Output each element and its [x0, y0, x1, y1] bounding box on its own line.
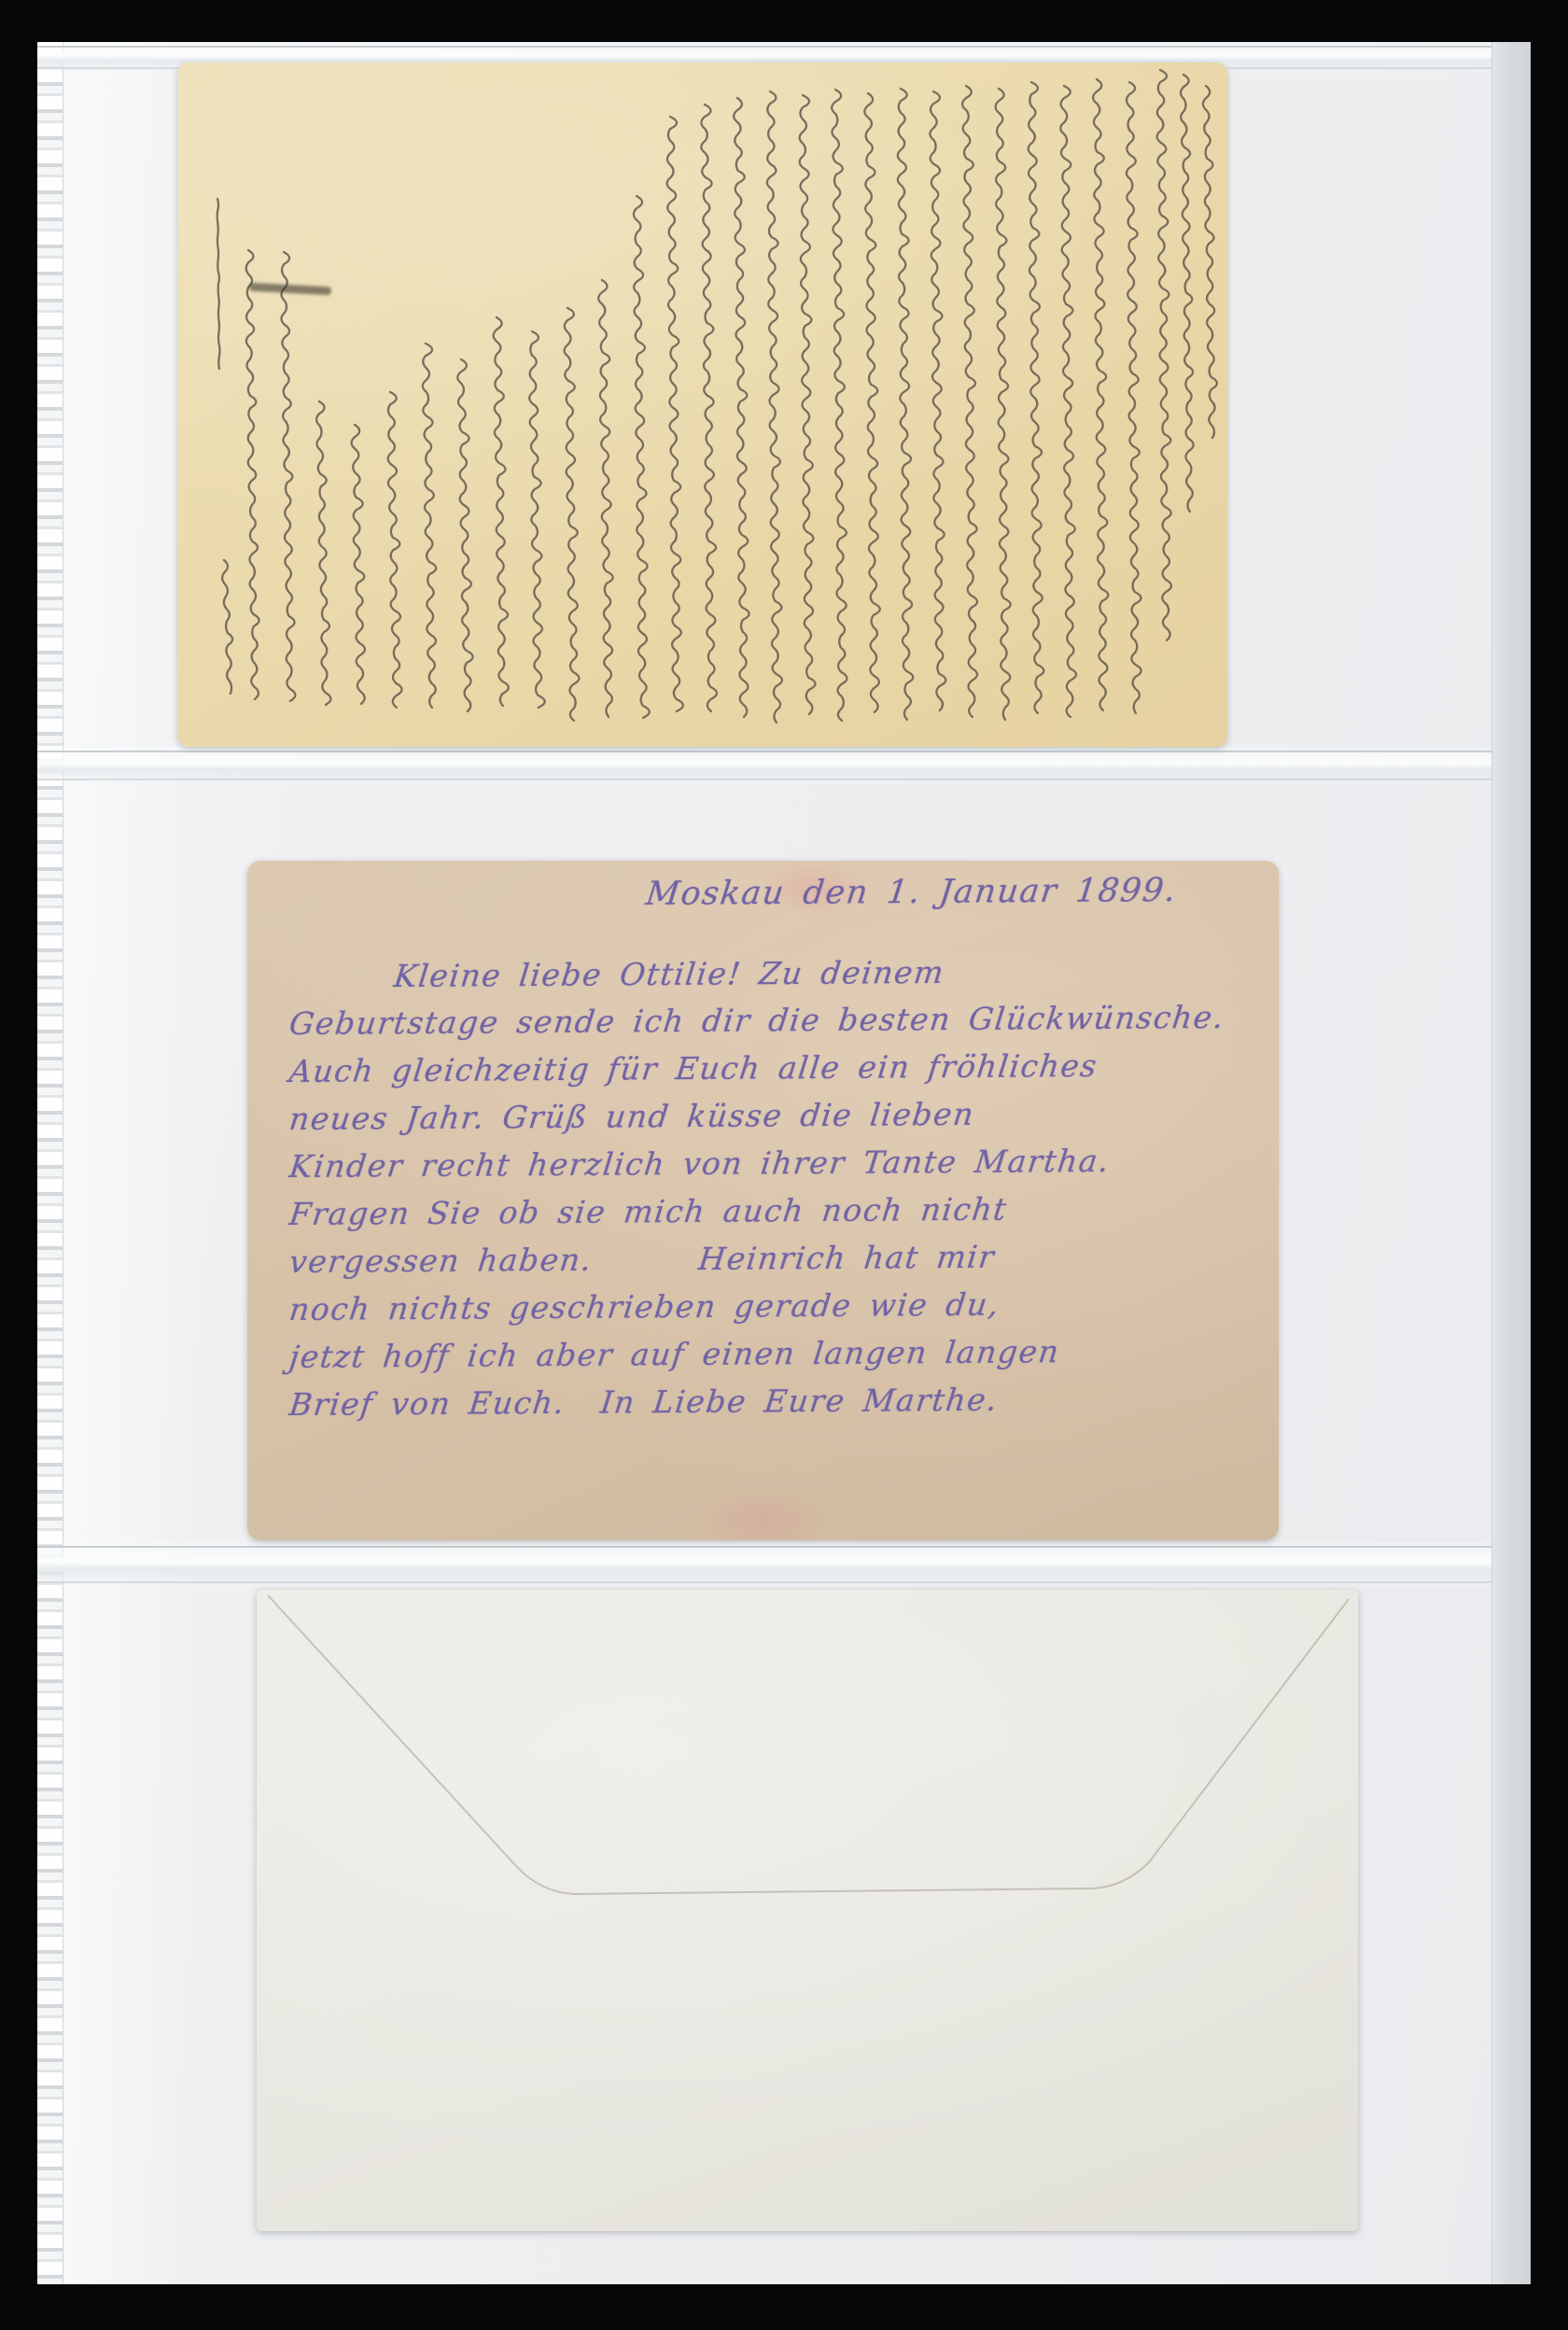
german-line-1: Kleine liebe Ottilie! Zu deinem	[392, 954, 946, 994]
pocket-seam-bottom	[37, 1542, 1491, 1587]
german-line-10: Brief von Euch. In Liebe Eure Marthe.	[287, 1382, 1001, 1423]
page-right-edge	[1491, 42, 1531, 2284]
german-line-8: noch nichts geschrieben gerade wie du,	[287, 1286, 1001, 1327]
german-line-7: vergessen haben. Heinrich hat mir	[287, 1239, 997, 1280]
postcard-german: Moskau den 1. Januar 1899. Kleine liebe …	[247, 861, 1279, 1540]
german-line-3: Auch gleichzeitig für Euch alle ein fröh…	[287, 1047, 1099, 1089]
envelope	[257, 1590, 1358, 2231]
german-line-9: jetzt hoff ich aber auf einen langen lan…	[287, 1333, 1062, 1375]
binder-stitch-strip	[37, 42, 63, 2284]
postcard-cyrillic	[177, 63, 1227, 747]
cyrillic-handwriting-strokes	[177, 63, 1227, 747]
album-page: Moskau den 1. Januar 1899. Kleine liebe …	[37, 42, 1531, 2284]
german-line-6: Fragen Sie ob sie mich auch noch nicht	[287, 1191, 1009, 1232]
pocket-seam-middle	[37, 747, 1491, 784]
german-line-5: Kinder recht herzlich von ihrer Tante Ma…	[287, 1143, 1112, 1185]
envelope-flap	[257, 1590, 1358, 2231]
photo-black-border: Moskau den 1. Januar 1899. Kleine liebe …	[0, 0, 1568, 2330]
german-line-2: Geburtstage sende ich dir die besten Glü…	[287, 999, 1226, 1042]
german-dateline: Moskau den 1. Januar 1899.	[644, 872, 1179, 913]
german-line-4: neues Jahr. Grüß und küsse die lieben	[287, 1096, 976, 1137]
envelope-flap-outline	[268, 1595, 1349, 1894]
